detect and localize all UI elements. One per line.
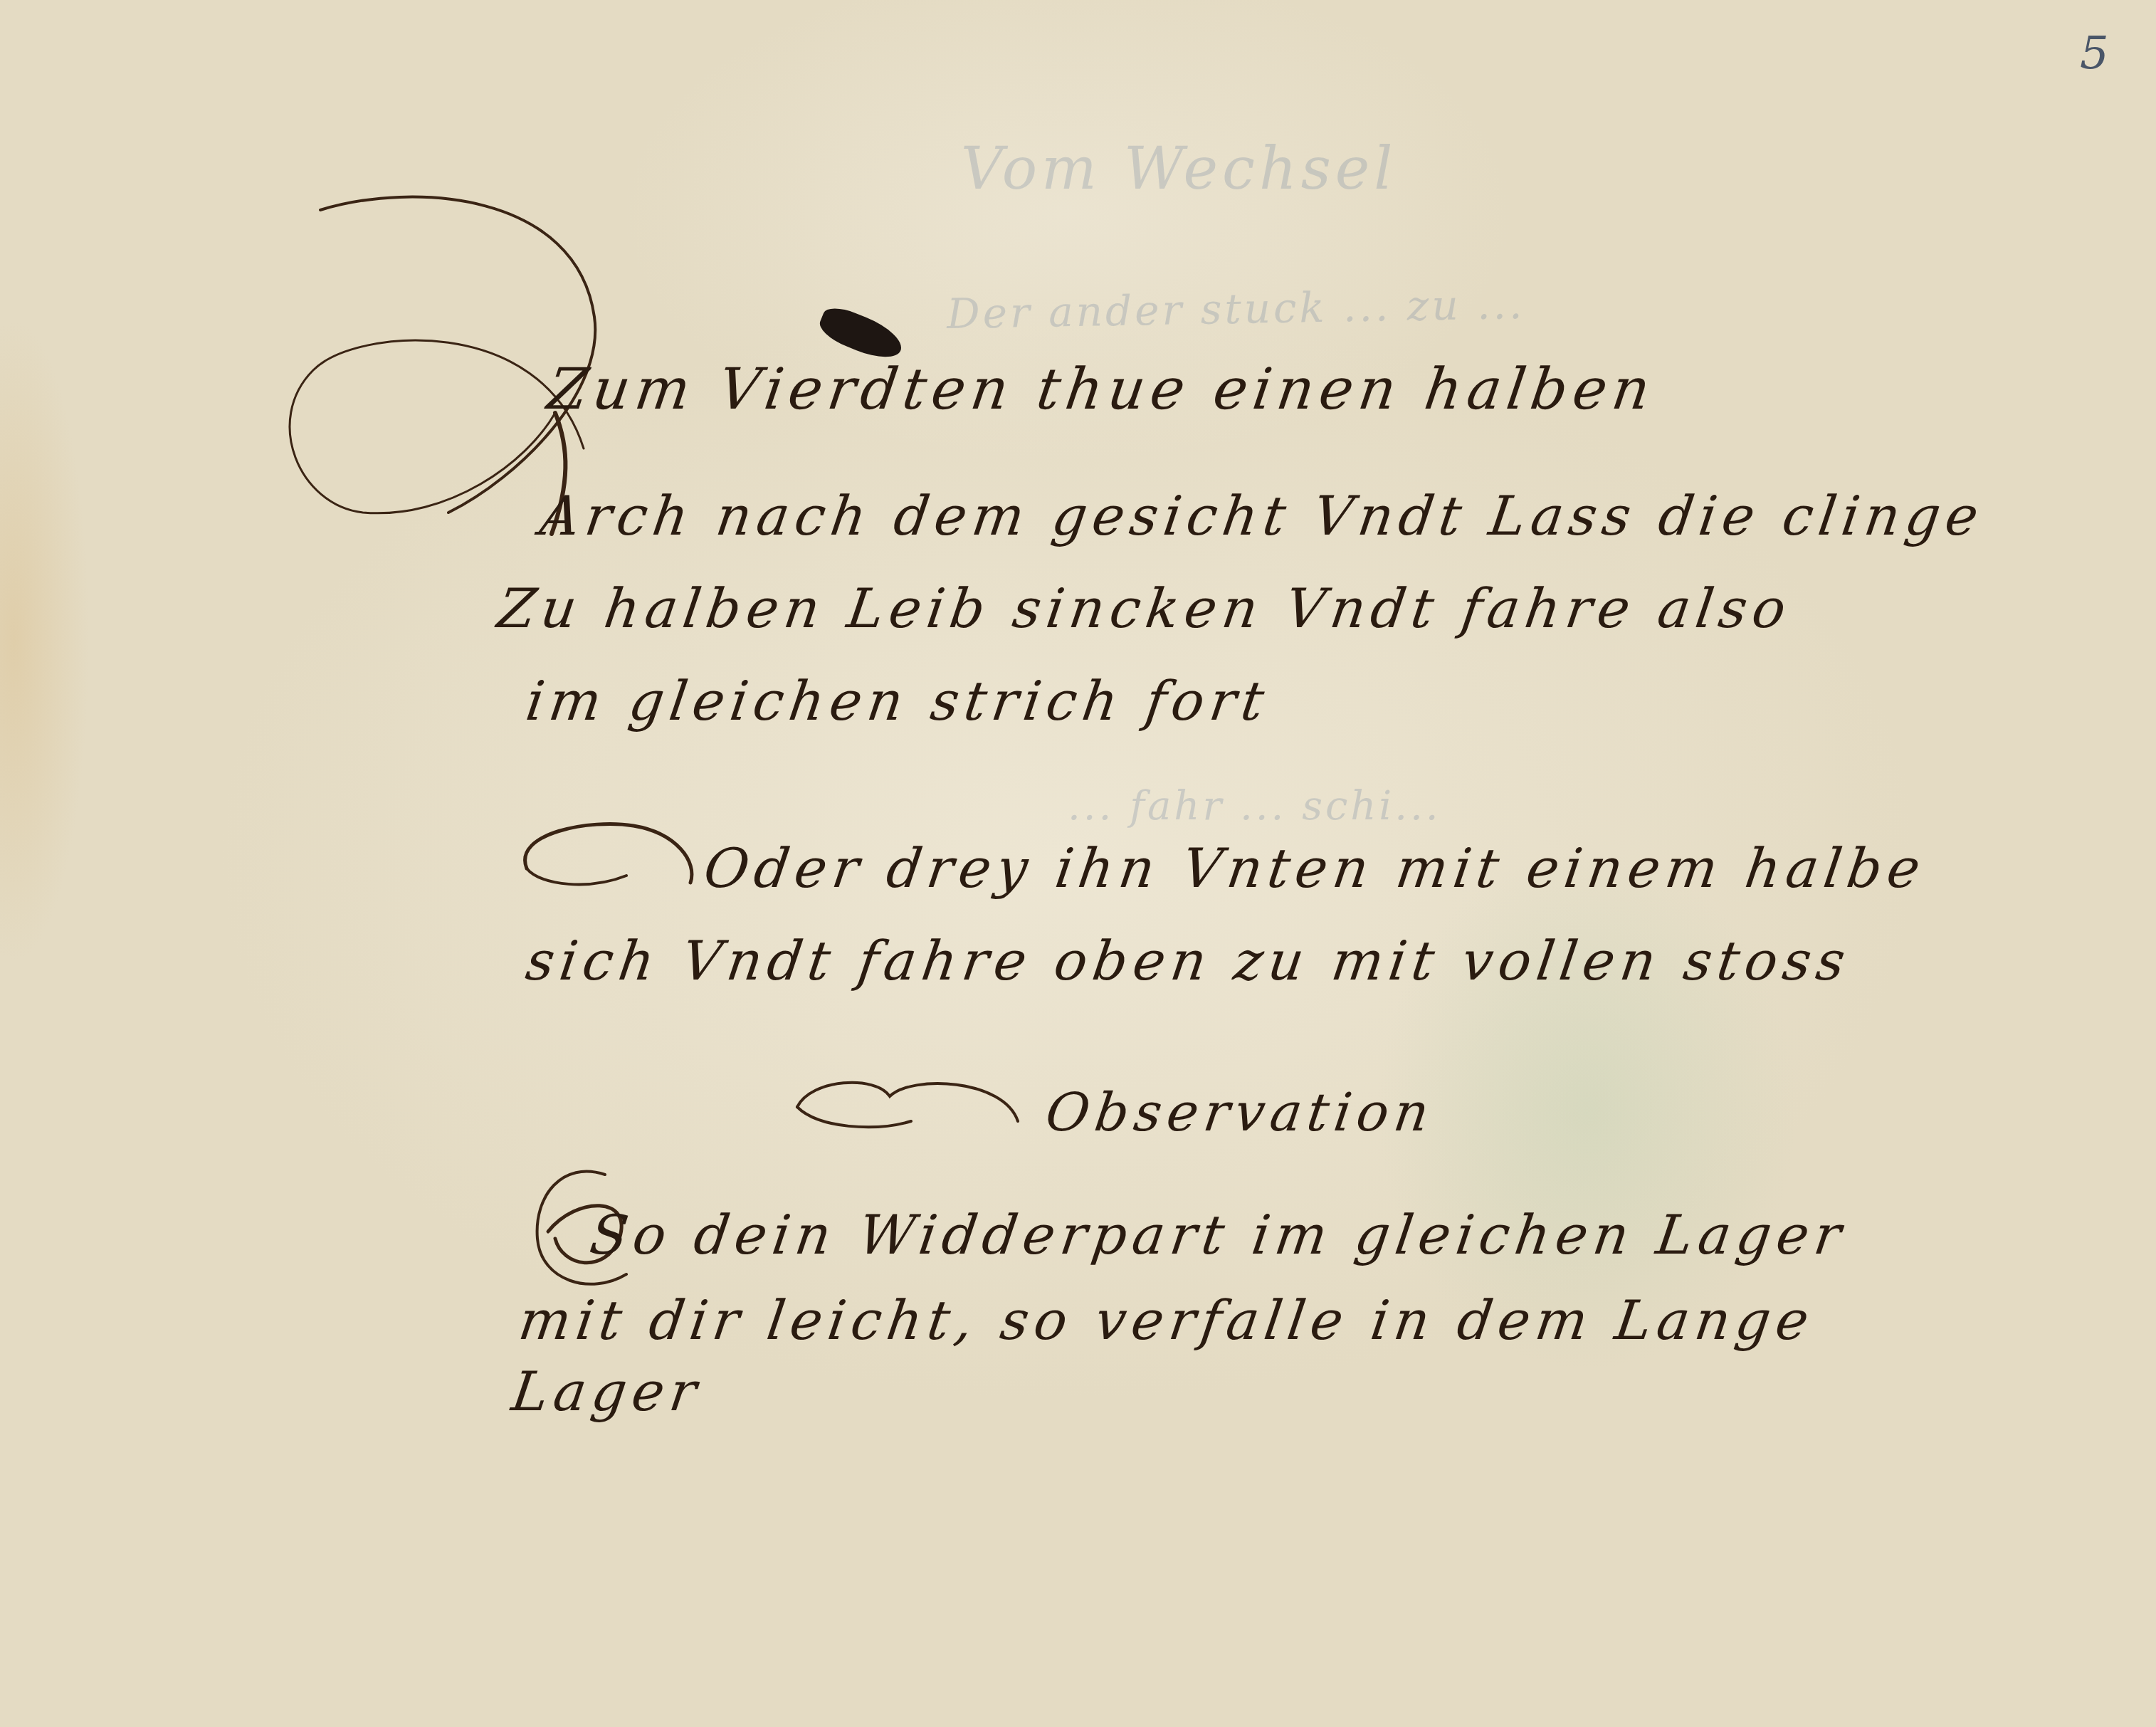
bleed-through-text: ... fahr ... schi... bbox=[1068, 783, 1441, 829]
manuscript-line: Zum Vierdten thue einen halben bbox=[543, 356, 1659, 422]
page-number: 5 bbox=[2080, 27, 2109, 80]
initial-o-flourish bbox=[512, 819, 712, 897]
manuscript-line: Arch nach dem gesicht Vndt Lass die clin… bbox=[537, 484, 1988, 547]
manuscript-line: Oder drey ihn Vnten mit einem halbe bbox=[700, 836, 1930, 900]
initial-o-heading-flourish bbox=[790, 1071, 1032, 1135]
section-heading: Observation bbox=[1042, 1082, 1439, 1143]
manuscript-line: mit dir leicht, so verfalle in dem Lange bbox=[515, 1288, 1819, 1352]
bleed-through-text: Der ander stuck ... zu ... bbox=[946, 280, 1525, 338]
manuscript-line: sich Vndt fahre oben zu mit vollen stoss bbox=[522, 929, 1855, 992]
manuscript-line: So dein Widderpart im gleichen Lager bbox=[587, 1203, 1851, 1266]
bleed-through-text: Vom Wechsel bbox=[961, 135, 1397, 203]
manuscript-line: Zu halben Leib sincken Vndt fahre also bbox=[494, 577, 1796, 640]
manuscript-line: Lager bbox=[508, 1360, 706, 1423]
manuscript-line: im gleichen strich fort bbox=[522, 669, 1273, 733]
manuscript-page: 5 Vom Wechsel Der ander stuck ... zu ...… bbox=[0, 0, 2156, 1727]
